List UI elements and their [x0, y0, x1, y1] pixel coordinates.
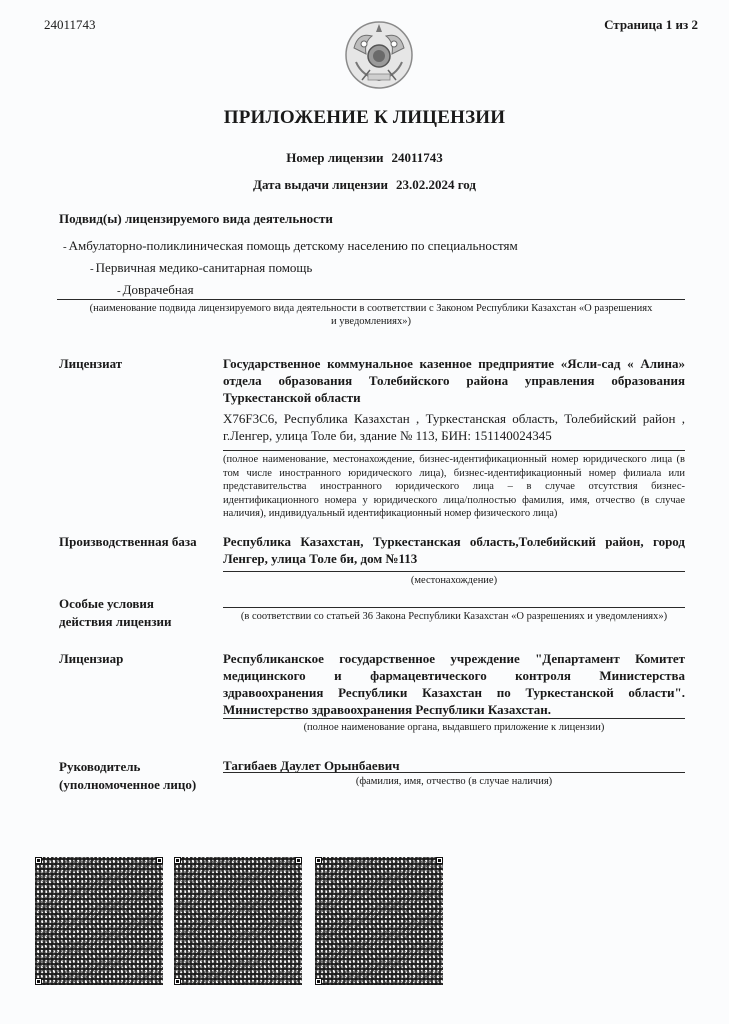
subtype-item-text: Доврачебная	[123, 282, 194, 297]
qr-finder-icon	[156, 857, 163, 864]
licensee-divider	[223, 450, 685, 451]
qr-finder-icon	[315, 857, 322, 864]
production-base-divider	[223, 571, 685, 572]
special-conditions-divider	[223, 607, 685, 608]
subtype-item-text: Амбулаторно-поликлиническая помощь детск…	[69, 238, 518, 253]
bullet-dash-icon: -	[117, 285, 121, 297]
qr-finder-icon	[35, 978, 42, 985]
special-conditions-label: Особые условия действия лицензии	[59, 595, 172, 631]
qr-code-1	[35, 857, 163, 985]
subtypes-caption: (наименование подвида лицензируемого вид…	[57, 302, 685, 328]
qr-code-2	[174, 857, 302, 985]
license-number-row: Номер лицензии24011743	[0, 150, 729, 166]
head-divider	[223, 772, 685, 773]
qr-finder-icon	[35, 857, 42, 864]
licensor-caption: (полное наименование органа, выдавшего п…	[223, 721, 685, 734]
subtypes-caption-line-2: и уведомлениях»)	[57, 315, 685, 328]
licensor-value: Республиканское государственное учрежден…	[223, 650, 685, 718]
licensor-divider	[223, 718, 685, 719]
document-number: 24011743	[44, 17, 96, 33]
qr-finder-icon	[174, 857, 181, 864]
subtypes-caption-line-1: (наименование подвида лицензируемого вид…	[57, 302, 685, 315]
special-conditions-label-line-1: Особые условия	[59, 595, 172, 613]
qr-finder-icon	[436, 857, 443, 864]
license-number-value: 24011743	[391, 150, 442, 165]
subtypes-divider	[57, 299, 685, 300]
head-caption: (фамилия, имя, отчество (в случае наличи…	[223, 775, 685, 788]
licensee-caption: (полное наименование, местонахождение, б…	[223, 453, 685, 521]
special-conditions-label-line-2: действия лицензии	[59, 613, 172, 631]
license-date-label: Дата выдачи лицензии	[253, 177, 388, 192]
subtype-item-3: -Доврачебная	[117, 282, 194, 298]
qr-finder-icon	[295, 857, 302, 864]
subtype-item-text: Первичная медико-санитарная помощь	[96, 260, 313, 275]
bullet-dash-icon: -	[90, 263, 94, 275]
qr-finder-icon	[315, 978, 322, 985]
production-base-value: Республика Казахстан, Туркестанская обла…	[223, 533, 685, 567]
license-date-value: 23.02.2024 год	[396, 177, 476, 192]
license-date-row: Дата выдачи лицензии23.02.2024 год	[0, 177, 729, 193]
head-label: Руководитель (уполномоченное лицо)	[59, 758, 196, 794]
licensee-name: Государственное коммунальное казенное пр…	[223, 355, 685, 406]
subtype-item-2: -Первичная медико-санитарная помощь	[90, 260, 312, 276]
licensor-label: Лицензиар	[59, 650, 123, 668]
subtype-item-1: -Амбулаторно-поликлиническая помощь детс…	[63, 238, 518, 254]
bullet-dash-icon: -	[63, 241, 67, 253]
qr-code-3	[315, 857, 443, 985]
license-number-label: Номер лицензии	[286, 150, 383, 165]
qr-finder-icon	[174, 978, 181, 985]
page-indicator: Страница 1 из 2	[604, 17, 698, 33]
production-base-caption: (местонахождение)	[223, 574, 685, 587]
head-label-line-1: Руководитель	[59, 758, 196, 776]
state-emblem-icon	[342, 18, 416, 92]
head-label-line-2: (уполномоченное лицо)	[59, 776, 196, 794]
production-base-label: Производственная база	[59, 533, 197, 551]
licensee-label: Лицензиат	[59, 355, 122, 373]
licensee-address: X76F3C6, Республика Казахстан , Туркеста…	[223, 410, 685, 444]
page-title: ПРИЛОЖЕНИЕ К ЛИЦЕНЗИИ	[0, 107, 729, 129]
special-conditions-caption: (в соответствии со статьей 36 Закона Рес…	[223, 610, 685, 623]
subtypes-heading: Подвид(ы) лицензируемого вида деятельнос…	[59, 211, 333, 227]
